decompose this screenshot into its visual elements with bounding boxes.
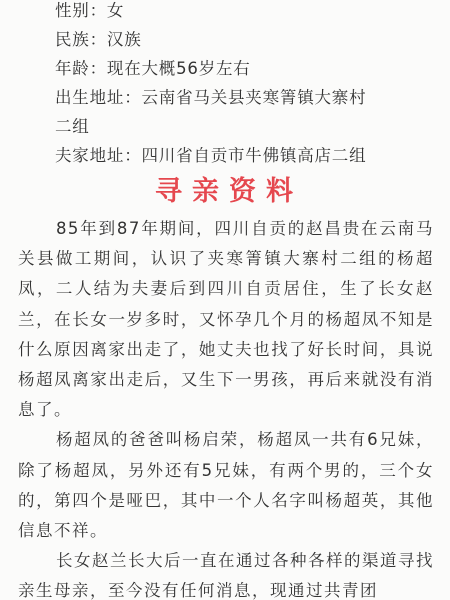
age-line: 年龄：现在大概56岁左右 bbox=[55, 54, 415, 83]
personal-info-section: 性别：女 民族：汉族 年龄：现在大概56岁左右 出生地址：云南省马关县夹寒箐镇大… bbox=[55, 0, 415, 170]
ethnicity-line: 民族：汉族 bbox=[55, 25, 415, 54]
birthplace-line-continued: 二组 bbox=[55, 112, 415, 141]
gender-line: 性别：女 bbox=[55, 0, 415, 25]
birthplace-line: 出生地址：云南省马关县夹寒箐镇大寨村 bbox=[55, 83, 415, 112]
story-paragraph-2: 杨超凤的爸爸叫杨启荣，杨超凤一共有6兄妹，除了杨超凤，另外还有5兄妹，有两个男的… bbox=[18, 425, 434, 546]
document-page: 性别：女 民族：汉族 年龄：现在大概56岁左右 出生地址：云南省马关县夹寒箐镇大… bbox=[0, 0, 450, 600]
story-section: 85年到87年期间，四川自贡的赵昌贵在云南马关县做工期间，认识了夹寒箐镇大寨村二… bbox=[18, 214, 434, 600]
story-paragraph-3: 长女赵兰长大后一直在通过各种各样的渠道寻找亲生母亲，至今没有任何消息，现通过共青… bbox=[18, 546, 434, 600]
story-paragraph-1: 85年到87年期间，四川自贡的赵昌贵在云南马关县做工期间，认识了夹寒箐镇大寨村二… bbox=[18, 214, 434, 425]
spouse-address-line: 夫家地址：四川省自贡市牛佛镇高店二组 bbox=[55, 141, 415, 170]
section-title: 寻亲资料 bbox=[0, 172, 450, 212]
